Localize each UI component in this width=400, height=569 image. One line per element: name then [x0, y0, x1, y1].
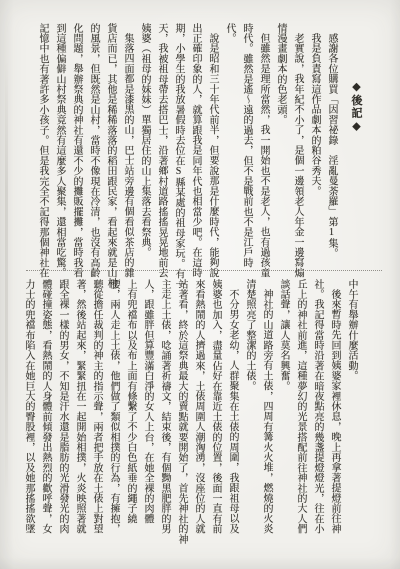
- bottom-text-column-20: 力士的兜襠布陷入在她巨大的臀股裡，以及她那搖搖欲墜: [20, 279, 37, 549]
- bottom-text-column-15: 腰，兩人走上土俵，他們做了類似相撲的行為，有擁抱，: [105, 279, 122, 549]
- top-text-column-5: 但雖然是理所當然，我一開始也不是老人，也有過孩童: [255, 23, 272, 271]
- bottom-text-column-11: 站著看，終於這祭典最大的賣點就要開始了，首先神社的神: [173, 279, 190, 549]
- bottom-text-column-14: 上有兜襠布以及布上面有條繫了不少白色紙垂的繩子繞: [122, 279, 139, 549]
- top-text-column-14: 貨店而已，其他是稀稀落落的稻田跟民家，看起來就是山村: [102, 23, 119, 271]
- bottom-text-column-5: 談話聲，讓人莫名興奮。: [275, 279, 292, 549]
- section-divider-line: [26, 270, 382, 271]
- top-text-column-18: 記憶中也有著許多小孩子。但是我完全不記得那個神社在: [34, 23, 51, 271]
- top-text-column-16: 化問題，舉辦祭典的神社有還不少的攤販擺攤，當時我看: [68, 23, 85, 271]
- top-text-column-12: 姨婆（祖母的妹妹）單獨居住的山上集落去看祭典。: [136, 23, 153, 271]
- top-text-column-8: 說是昭和三十年代前半，但要說那是什麼時代，能夠說: [204, 23, 221, 271]
- bottom-text-column-10: 來看熱鬧的人擠過來，土俵周圍人潮洶湧，沒座位的人就: [190, 279, 207, 549]
- top-text-column-2: 我是負責寫這作品劇本的粕谷秀夫。: [306, 23, 323, 271]
- bottom-text-column-7: 清楚照亮了整潔的土俵。: [241, 279, 258, 549]
- afterword-top-text-block: ◆後記◆ 感謝各位購買「因習祕錄 淫亂曼荼羅」第1集。我是負責寫這作品劇本的粕谷…: [34, 23, 364, 271]
- bottom-text-column-9: 姨婆也加入，盡量佔好在靠近土俵的位置，後面一直有前: [207, 279, 224, 549]
- bottom-text-column-6: 神社的山道路旁有土俵，四周有篝火火堆，燃燒的火炎: [258, 279, 275, 549]
- afterword-section-title: ◆後記◆: [347, 23, 364, 271]
- top-text-column-9: 出正確印象的人，就算跟我是同年代也相當少吧。在這時: [187, 23, 204, 271]
- top-text-column-13: 集落四面都是漆黑的山，巴士站旁邊有個看似茶店的雜: [119, 23, 136, 271]
- bottom-text-column-18: 跟全裸一樣的男女，不知是汗水還是脂肪的光滑發光的肉: [54, 279, 71, 549]
- top-text-column-4: 情漫畫劇本的色老頭。: [272, 23, 289, 271]
- bottom-text-column-4: 丘上的神社前進，這種夢幻的光景搭配前往神社的大人們: [292, 279, 309, 549]
- top-text-column-11: 天，我被祖母帶去搭巴士，沿著鄉村道路搖搖晃晃地前去: [153, 23, 170, 271]
- bottom-text-column-13: 人，跟雖胖但算豐滿白淨的女人上台，在她全裸的肉體: [139, 279, 156, 549]
- bottom-text-column-16: 聽從擔任裁判的神主的指示聲，兩者把手放在土俵上對望: [88, 279, 105, 549]
- bottom-text-column-17: 著，然後站起來，緊緊扭在一起開始相撲，火炎映照著就: [71, 279, 88, 549]
- top-text-column-17: 到這種偏僻山村祭典竟然有這麼多人聚集，還相當吃驚。: [51, 23, 68, 271]
- afterword-bottom-text-block: 中午有舉辦什麼活動。後來暫時先回到姨婆家裡休息，晚上再拿著提燈前往神社。我記得當…: [20, 279, 360, 549]
- top-text-column-10: 期，小學生的我放暑假時去位在S縣某處的祖母家玩。有一: [170, 23, 187, 271]
- scanned-book-page: ◆後記◆ 感謝各位購買「因習祕錄 淫亂曼荼羅」第1集。我是負責寫這作品劇本的粕谷…: [0, 0, 400, 569]
- bottom-text-column-12: 主走上土俵，唸誦著祈禱文，結束後，有個黝黑肥胖的男: [156, 279, 173, 549]
- scan-edge-shadow: [5, 60, 8, 500]
- top-text-column-3: 老實說，我年紀不小了，是個一邊領老人年金一邊寫煽: [289, 23, 306, 271]
- bottom-text-column-19: 體碰撞姿態，看熱鬧的人身體前傾發出熱烈的歡呼聲，女: [37, 279, 54, 549]
- top-text-column-15: 的風景，但既然是山村，當時不像現在冷清，也沒有高齡: [85, 23, 102, 271]
- top-text-column-6: 時代。雖然是遙～遠的過去，但不是戰前也不是江戶時: [238, 23, 255, 271]
- bottom-text-column-8: 不分男女老幼，人群聚集在土俵的周圍，我跟祖母以及: [224, 279, 241, 549]
- top-text-column-1: 感謝各位購買「因習祕錄 淫亂曼荼羅」第1集。: [323, 23, 340, 271]
- bottom-text-column-1: 中午有舉辦什麼活動。: [343, 279, 360, 549]
- bottom-text-column-2: 後來暫時先回到姨婆家裡休息，晚上再拿著提燈前往神: [326, 279, 343, 549]
- bottom-text-column-3: 社。我記得當時沿著在暗夜點亮的幾盞提燈燈光，往在小: [309, 279, 326, 549]
- top-text-column-7: 代。: [221, 23, 238, 271]
